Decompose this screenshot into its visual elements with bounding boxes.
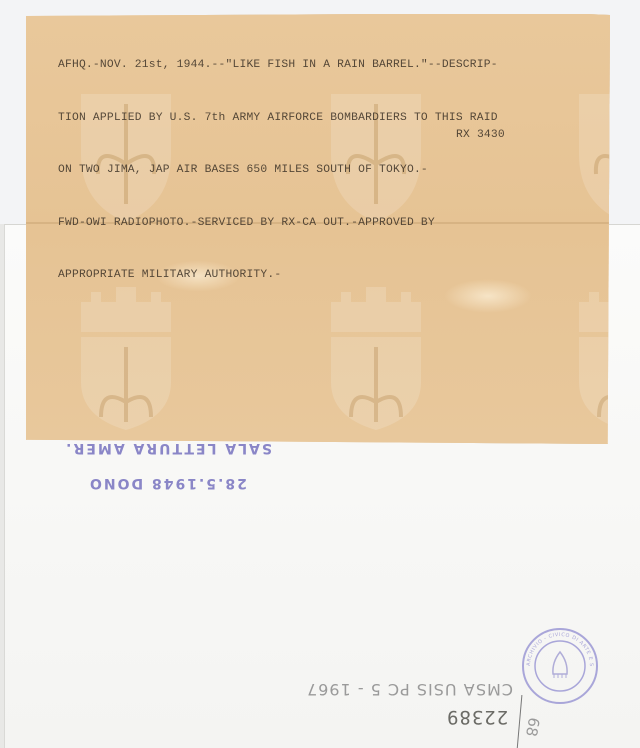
inventory-number: 22389 [446, 706, 508, 728]
caption-line: FWD-OWI RADIOPHOTO.-SERVICED BY RX-CA OU… [58, 215, 558, 233]
caption-line: ON TWO JIMA, JAP AIR BASES 650 MILES SOU… [58, 162, 558, 180]
archive-seal-icon: ARCHIVIO - CIVICO DI ARTE E STORIA [520, 626, 600, 706]
caption-text: AFHQ.-NOV. 21st, 1944.--"LIKE FISH IN A … [58, 22, 558, 320]
caption-line: AFHQ.-NOV. 21st, 1944.--"LIKE FISH IN A … [58, 57, 558, 75]
reference-code: RX 3430 [456, 127, 505, 145]
caption-line: APPROPRIATE MILITARY AUTHORITY.- [58, 267, 558, 285]
pencil-note: 68 [522, 716, 543, 738]
library-stamp: SALA LETTURA AMER. [64, 440, 272, 456]
caption-line: TION APPLIED BY U.S. 7th ARMY AIRFORCE B… [58, 110, 558, 128]
svg-text:ARCHIVIO - CIVICO DI ARTE E ST: ARCHIVIO - CIVICO DI ARTE E STORIA [520, 626, 594, 667]
date-stamp: 28.5.1948 DONO [88, 475, 247, 491]
archive-reference: CMSA USIS PC 5 - 1967 [306, 680, 513, 699]
watermark-fleur-icon [574, 84, 640, 224]
seal-text: ARCHIVIO - CIVICO DI ARTE E STORIA [520, 626, 594, 667]
